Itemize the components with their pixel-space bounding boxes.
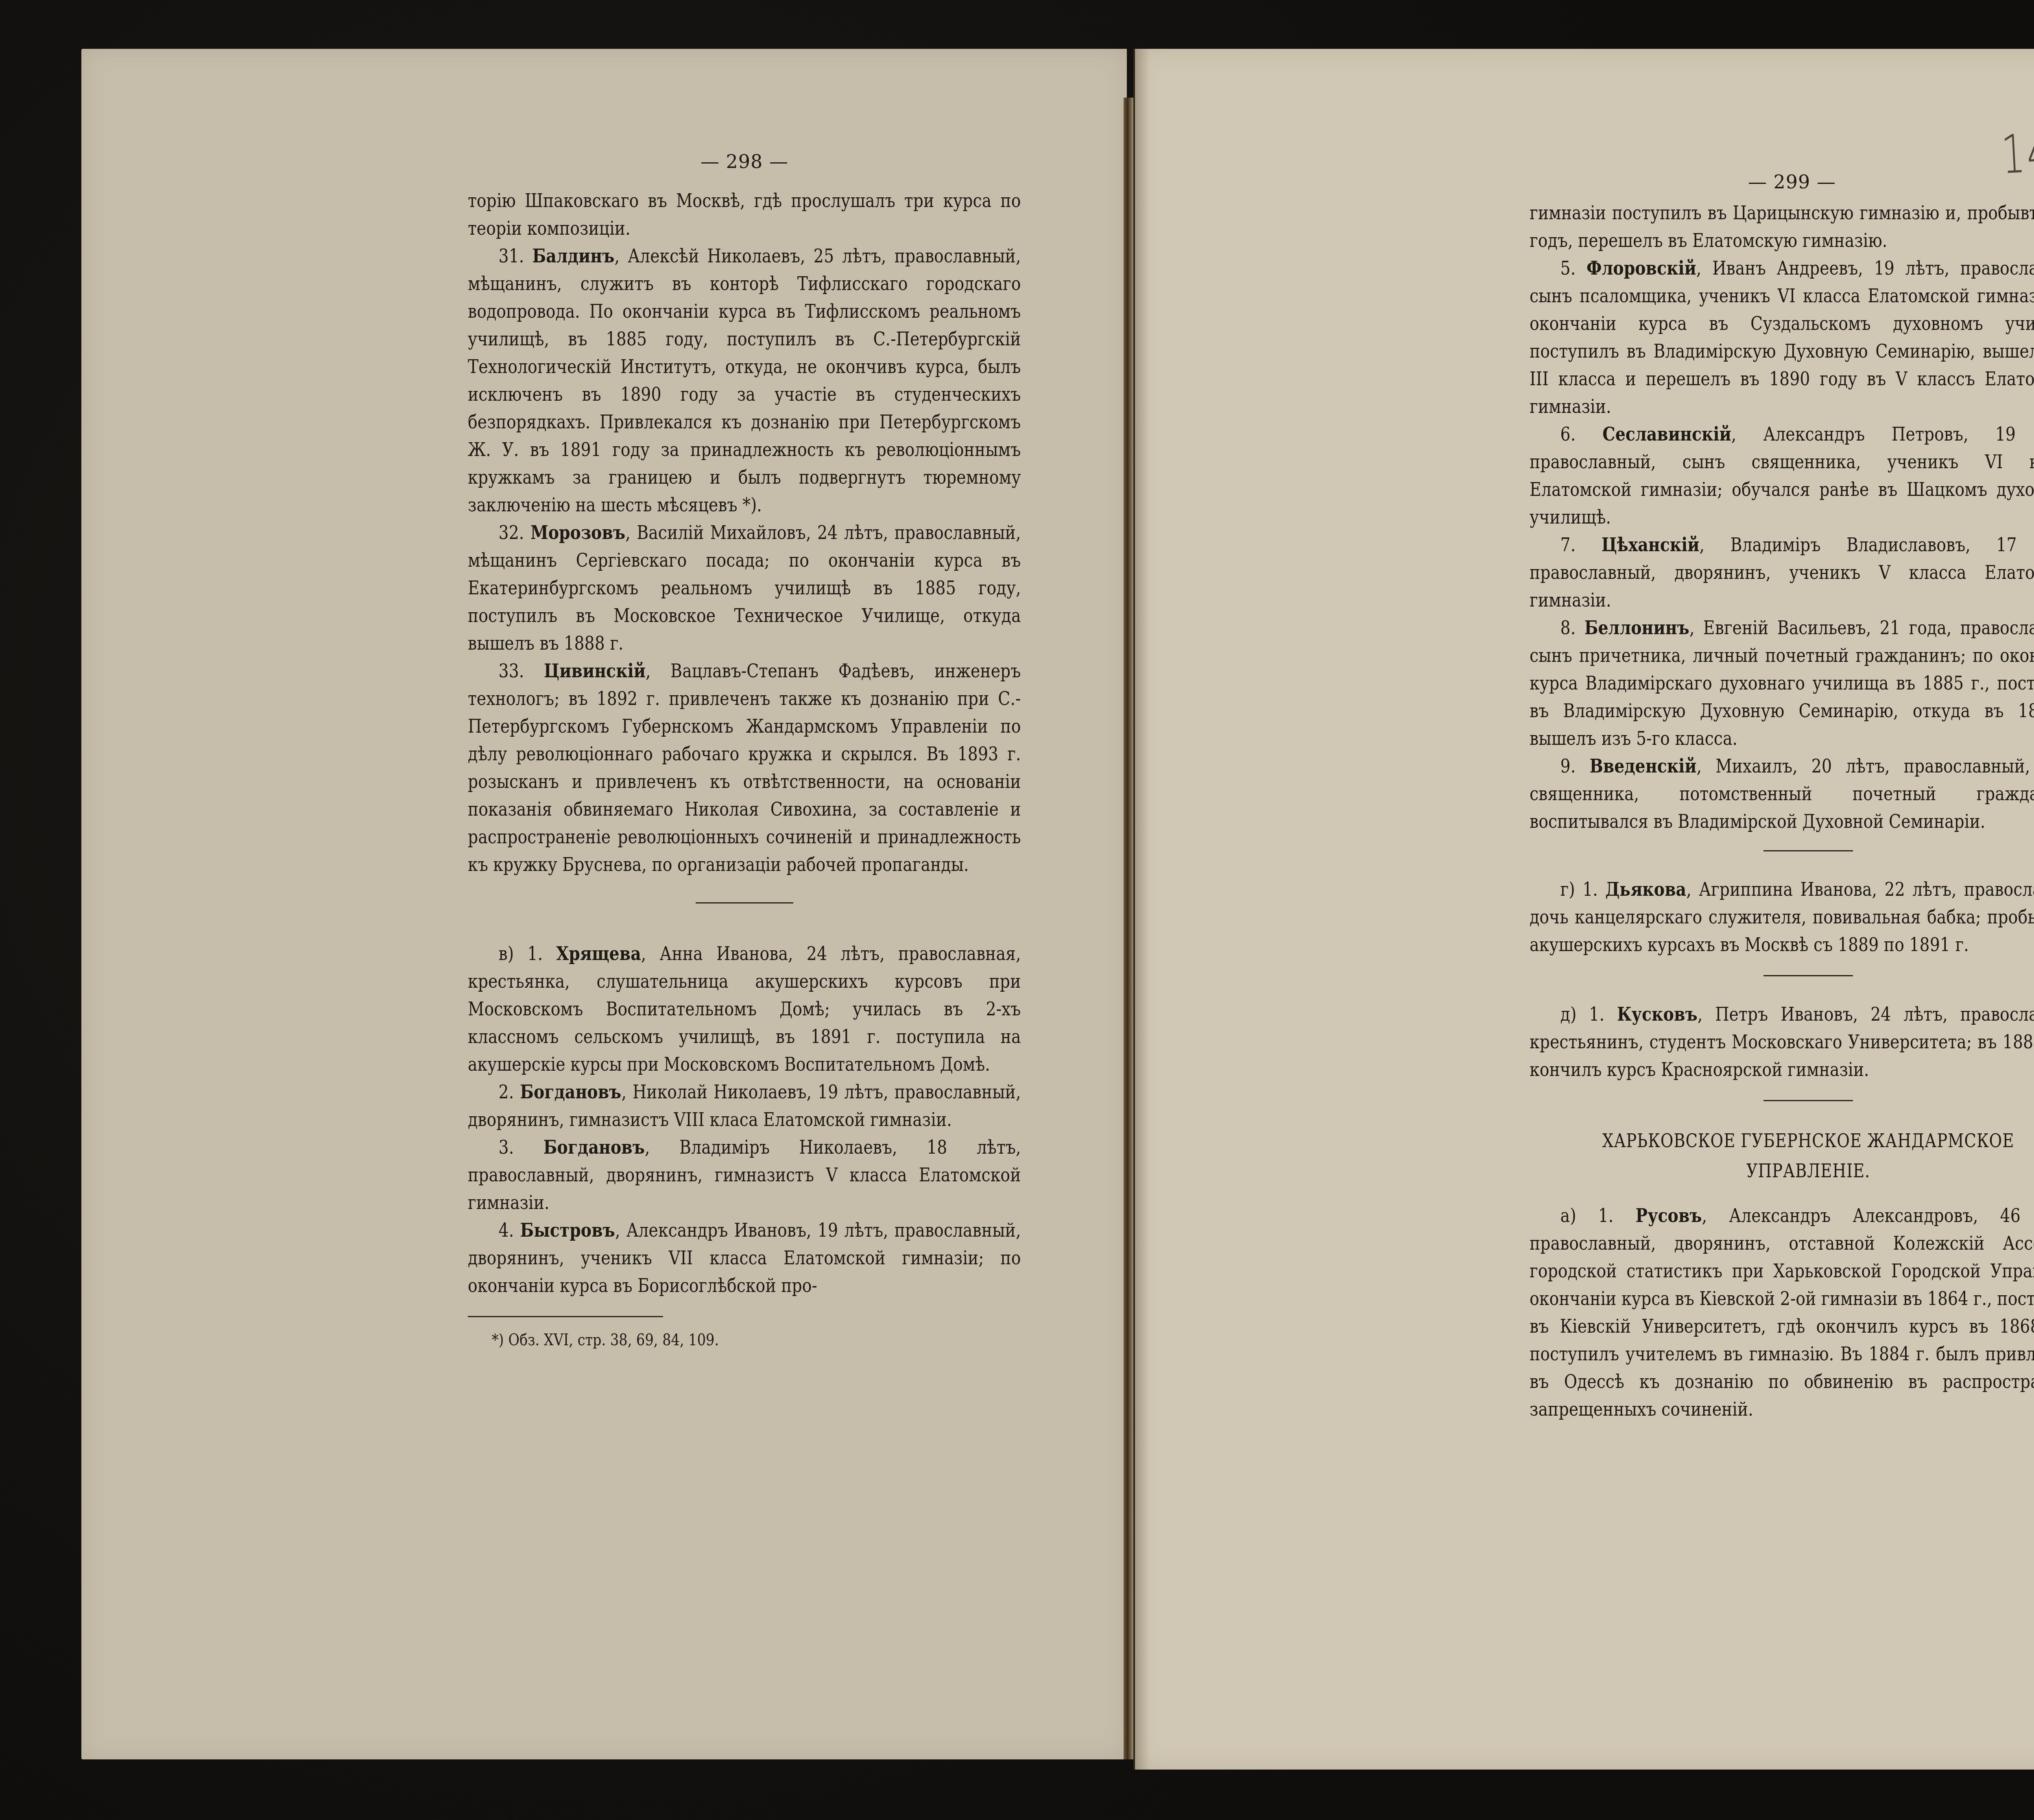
right-page-text-column: — 299 — гимназіи поступилъ въ Царицынску… <box>1530 187 2034 1423</box>
book-spine-gutter <box>1124 98 1133 1759</box>
entry-33: 33. Цивинскій, Вацлавъ-Степанъ Фадѣевъ, … <box>468 657 1021 879</box>
entry-surname: Цѣханскій <box>1602 534 1700 556</box>
entry-surname: Морозовъ <box>530 522 625 544</box>
entry-number: 1. <box>1582 878 1598 901</box>
entry-number: 7. <box>1560 534 1576 556</box>
entry-a-1: а) 1. Русовъ, Александръ Александровъ, 4… <box>1530 1202 2034 1423</box>
entry-number: 1. <box>1589 1003 1604 1026</box>
entry-surname: Кусковъ <box>1617 1003 1698 1026</box>
entry-surname: Богдановъ <box>543 1136 645 1159</box>
entry-text: , Александръ Александровъ, 46 лѣтъ, прав… <box>1530 1205 2034 1421</box>
entry-number: 31. <box>499 245 524 267</box>
entry-g-1: г) 1. Дьякова, Агриппина Иванова, 22 лѣт… <box>1530 876 2034 959</box>
entry-v-4: 4. Быстровъ, Александръ Ивановъ, 19 лѣтъ… <box>468 1217 1021 1300</box>
entry-surname: Введенскій <box>1589 755 1696 777</box>
entry-number: 32. <box>499 522 524 544</box>
paragraph-text: торію Шпаковскаго въ Москвѣ, гдѣ прослуш… <box>468 190 1021 240</box>
section-letter: г) <box>1560 878 1575 901</box>
section-letter: д) <box>1560 1003 1577 1026</box>
page-number: — 299 — <box>1513 171 2034 193</box>
entry-v-3: 3. Богдановъ, Владиміръ Николаевъ, 18 лѣ… <box>468 1134 1021 1217</box>
paragraph-continuation: гимназіи поступилъ въ Царицынскую гимназ… <box>1530 199 2034 255</box>
entry-surname: Беллонинъ <box>1584 617 1689 639</box>
entry-number: 4. <box>499 1219 514 1242</box>
entry-number: 9. <box>1560 755 1576 777</box>
entry-number: 1. <box>1598 1205 1614 1227</box>
entry-9: 9. Введенскій, Михаилъ, 20 лѣтъ, правосл… <box>1530 753 2034 836</box>
entry-text: , Алексѣй Николаевъ, 25 лѣтъ, православн… <box>468 245 1021 516</box>
entry-5: 5. Флоровскій, Иванъ Андреевъ, 19 лѣтъ, … <box>1530 255 2034 421</box>
entry-8: 8. Беллонинъ, Евгеній Васильевъ, 21 года… <box>1530 614 2034 753</box>
entry-v-1: в) 1. Хрящева, Анна Иванова, 24 лѣтъ, пр… <box>468 940 1021 1078</box>
entry-d-1: д) 1. Кусковъ, Петръ Ивановъ, 24 лѣтъ, п… <box>1530 1001 2034 1084</box>
entry-surname: Флоровскій <box>1587 257 1696 279</box>
entry-31: 31. Балдинъ, Алексѣй Николаевъ, 25 лѣтъ,… <box>468 242 1021 519</box>
entry-surname: Сеславинскій <box>1602 423 1731 445</box>
entry-surname: Богдановъ <box>520 1081 621 1103</box>
entry-text: , Вацлавъ-Степанъ Фадѣевъ, инженеръ техн… <box>468 660 1021 876</box>
left-page-text-column: — 298 — торію Шпаковскаго въ Москвѣ, гдѣ… <box>468 187 1021 1351</box>
footnote: *) Обз. XVI, стр. 38, 69, 84, 109. <box>468 1329 932 1351</box>
entry-surname: Цивинскій <box>544 660 646 682</box>
entry-32: 32. Морозовъ, Василій Михайловъ, 24 лѣтъ… <box>468 519 1021 657</box>
section-heading: ХАРЬКОВСКОЕ ГУБЕРНСКОЕ ЖАНДАРМСКОЕ УПРАВ… <box>1574 1126 2034 1186</box>
entry-number: 2. <box>499 1081 514 1103</box>
entry-number: 33. <box>499 660 524 682</box>
entry-number: 5. <box>1560 257 1576 279</box>
entry-number: 3. <box>499 1136 514 1159</box>
entry-number: 6. <box>1560 423 1576 445</box>
page-number: — 298 — <box>468 151 1021 172</box>
entry-surname: Дьякова <box>1605 878 1686 901</box>
entry-v-2: 2. Богдановъ, Николай Николаевъ, 19 лѣтъ… <box>468 1078 1021 1134</box>
entry-surname: Хрящева <box>556 943 641 965</box>
entry-number: 1. <box>528 943 543 965</box>
entry-6: 6. Сеславинскій, Александръ Петровъ, 19 … <box>1530 421 2034 531</box>
entry-number: 8. <box>1560 617 1576 639</box>
entry-surname: Русовъ <box>1636 1205 1702 1227</box>
entry-7: 7. Цѣханскій, Владиміръ Владиславовъ, 17… <box>1530 531 2034 614</box>
entry-text: , Петръ Ивановъ, 24 лѣтъ, православный, … <box>1530 1003 2034 1081</box>
paragraph-text: гимназіи поступилъ въ Царицынскую гимназ… <box>1530 202 2034 252</box>
entry-text: , Иванъ Андреевъ, 19 лѣтъ, православный,… <box>1530 257 2034 418</box>
section-letter: в) <box>499 943 514 965</box>
gutter-shadow <box>1133 49 1150 1770</box>
entry-surname: Быстровъ <box>520 1219 615 1242</box>
paragraph-continuation: торію Шпаковскаго въ Москвѣ, гдѣ прослуш… <box>468 187 1021 242</box>
section-letter: а) <box>1560 1205 1576 1227</box>
entry-surname: Балдинъ <box>533 245 615 267</box>
entry-text: , Анна Иванова, 24 лѣтъ, православная, к… <box>468 943 1021 1076</box>
